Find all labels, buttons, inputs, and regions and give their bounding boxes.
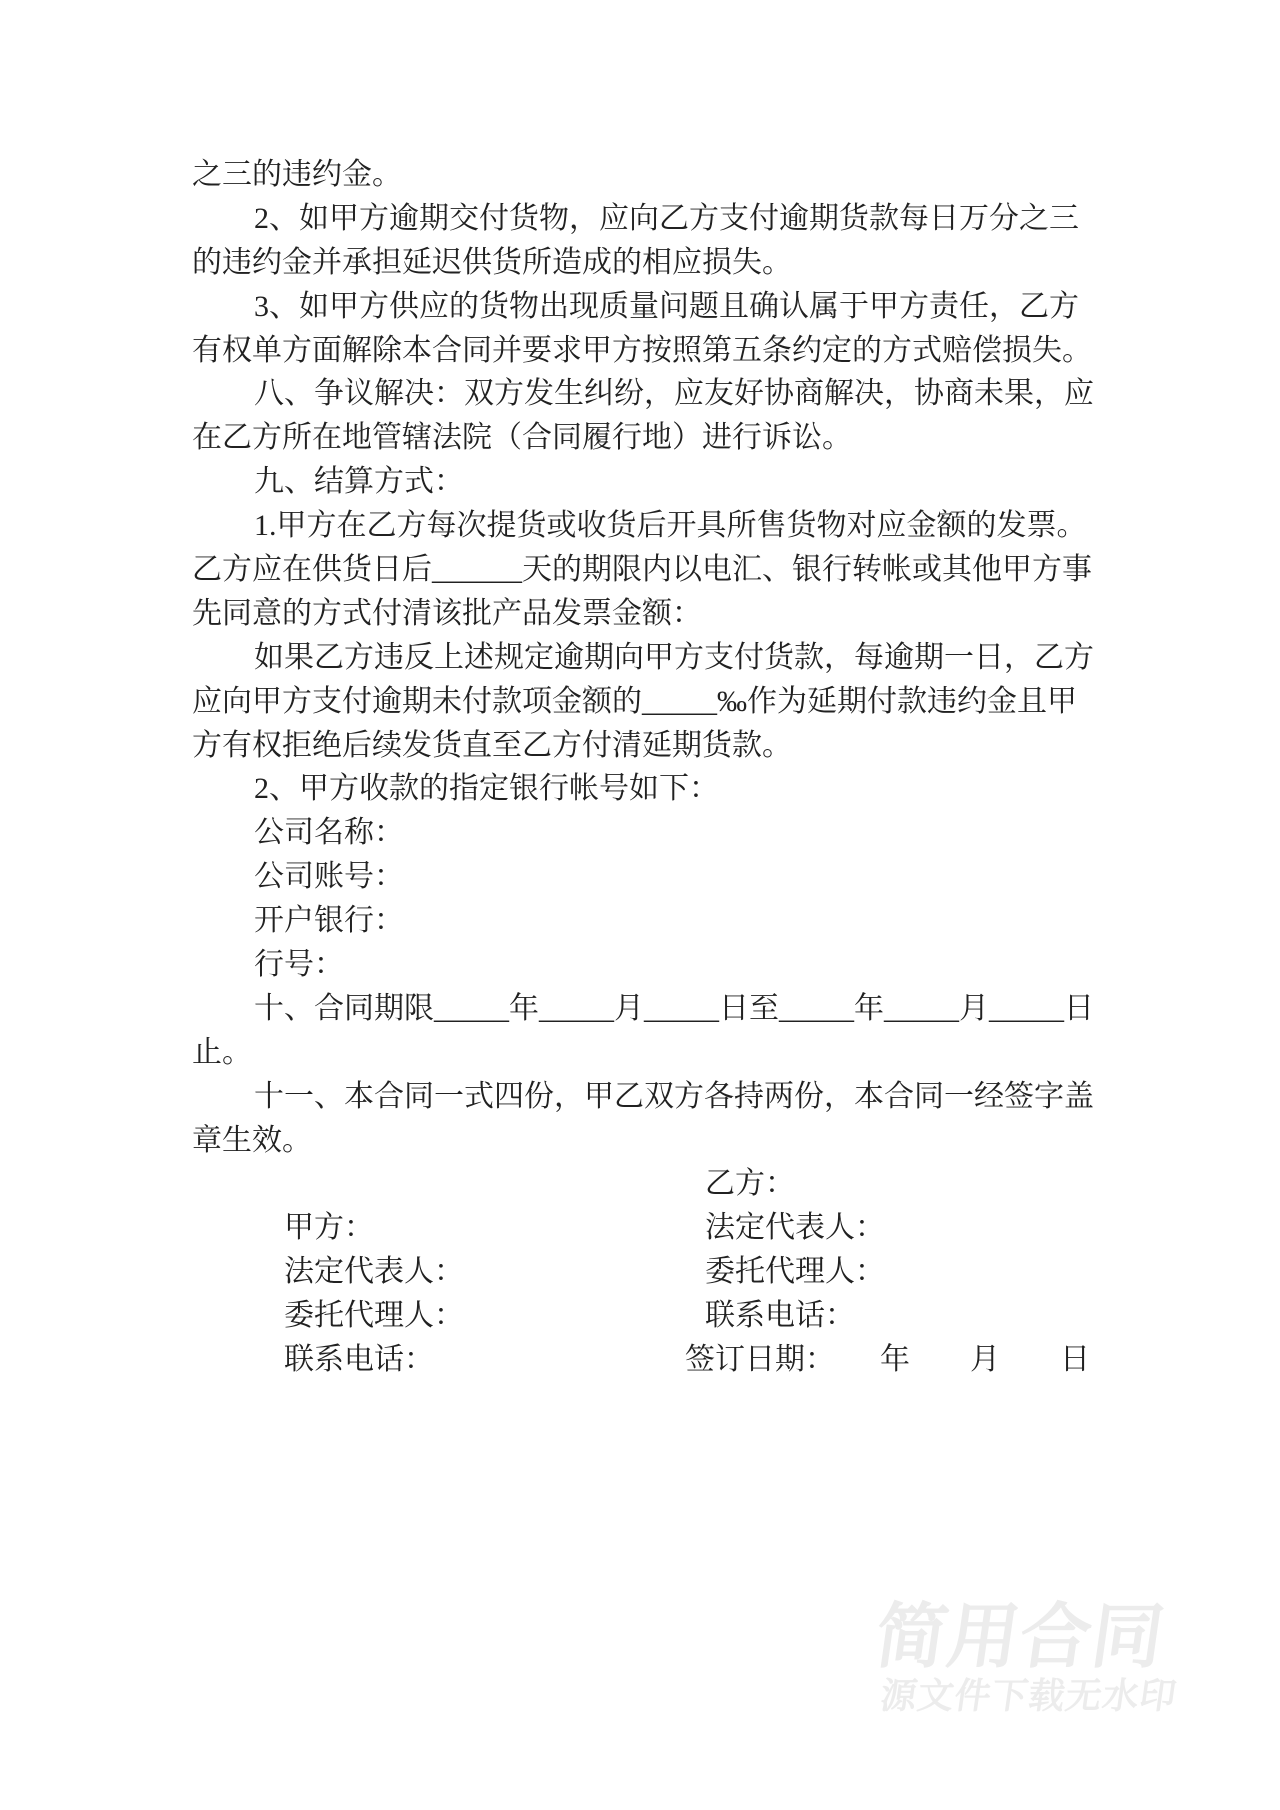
contract-line-penalty-blank: 应向甲方支付逾期未付款项金额的_____‰作为延期付款违约金且甲 xyxy=(192,680,1132,724)
contract-page: { "page": { "background_color": "#ffffff… xyxy=(0,0,1280,1810)
contract-line-clause-3: 3、如甲方供应的货物出现质量问题且确认属于甲方责任，乙方 xyxy=(192,285,1132,329)
contract-line-article-9: 九、结算方式： xyxy=(192,460,1132,504)
contract-term-line: 十、合同期限_____年_____月_____日至_____年_____月___… xyxy=(192,987,1132,1031)
contract-body: 之三的违约金。 2、如甲方逾期交付货物，应向乙方支付逾期货款每日万分之三 的违约… xyxy=(192,153,1132,1382)
party-b-label: 乙方： xyxy=(705,1162,795,1206)
watermark-title: 简用合同 xyxy=(870,1580,1172,1682)
contract-line-bank-account: 2、甲方收款的指定银行帐号如下： xyxy=(192,767,1132,811)
contract-line-clause-2: 2、如甲方逾期交付货物，应向乙方支付逾期货款每日万分之三 xyxy=(192,197,1132,241)
contract-line: 如果乙方违反上述规定逾期向甲方支付货款，每逾期一日，乙方 xyxy=(192,636,1132,680)
contract-line: 的违约金并承担延迟供货所造成的相应损失。 xyxy=(192,241,1132,285)
contract-line: 止。 xyxy=(192,1031,1132,1075)
contract-line-article-11: 十一、本合同一式四份，甲乙双方各持两份，本合同一经签字盖 xyxy=(192,1075,1132,1119)
contract-line: 在乙方所在地管辖法院（合同履行地）进行诉讼。 xyxy=(192,416,1132,460)
signature-row: 甲方： 乙方： xyxy=(192,1162,1132,1206)
company-name-label: 公司名称： xyxy=(192,811,1132,855)
contract-line: 章生效。 xyxy=(192,1119,1132,1163)
signature-row: 委托代理人： 委托代理人： xyxy=(192,1250,1132,1294)
contract-line: 1.甲方在乙方每次提货或收货后开具所售货物对应金额的发票。 xyxy=(192,504,1132,548)
agent-b-label: 委托代理人： xyxy=(705,1250,885,1294)
bank-code-label: 行号： xyxy=(192,943,1132,987)
watermark-subtitle: 源文件下载无水印 xyxy=(877,1668,1180,1719)
contract-line-days-blank: 乙方应在供货日后______天的期限内以电汇、银行转帐或其他甲方事 xyxy=(192,548,1132,592)
contract-line: 之三的违约金。 xyxy=(192,153,1132,197)
signing-date-row: 签订日期： 年 月 日 xyxy=(192,1338,1132,1382)
legal-rep-b-label: 法定代表人： xyxy=(705,1206,885,1250)
contract-line-article-8: 八、争议解决：双方发生纠纷，应友好协商解决，协商未果，应 xyxy=(192,372,1132,416)
contract-line: 有权单方面解除本合同并要求甲方按照第五条约定的方式赔偿损失。 xyxy=(192,329,1132,373)
company-account-label: 公司账号： xyxy=(192,855,1132,899)
contract-line: 方有权拒绝后续发货直至乙方付清延期货款。 xyxy=(192,724,1132,768)
contract-line: 先同意的方式付清该批产品发票金额： xyxy=(192,592,1132,636)
signature-row: 法定代表人： 法定代表人： xyxy=(192,1206,1132,1250)
bank-name-label: 开户银行： xyxy=(192,899,1132,943)
signing-date-label: 签订日期： 年 月 日 xyxy=(685,1338,1090,1382)
phone-b-label: 联系电话： xyxy=(705,1294,855,1338)
signature-row: 联系电话： 联系电话： xyxy=(192,1294,1132,1338)
